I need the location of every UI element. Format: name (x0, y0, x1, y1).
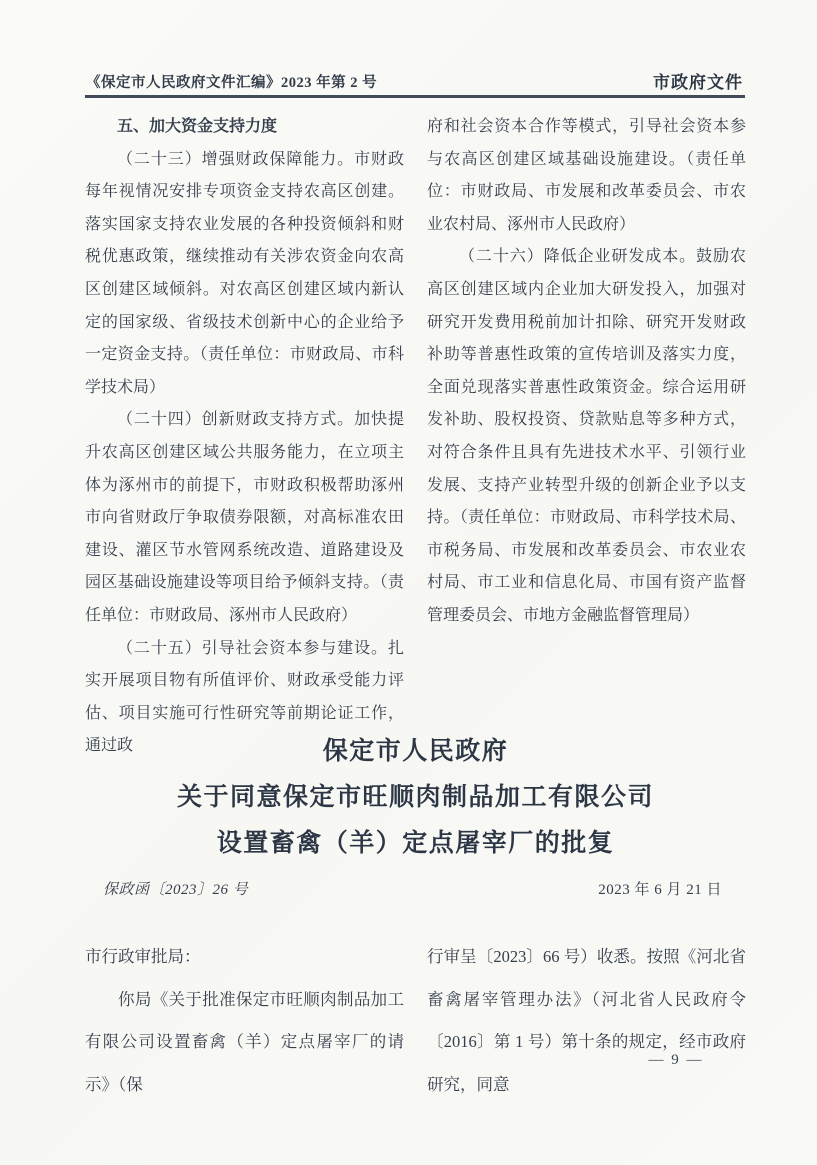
policy-paragraph-25-continued: 府和社会资本合作等模式，引导社会资本参与农高区创建区域基础设施建设。（责任单位：… (427, 111, 746, 241)
header-doc-category: 市政府文件 (653, 68, 743, 93)
policy-article: 五、加大资金支持力度 （二十三）增强财政保障能力。市财政每年视情况安排专项资金支… (85, 111, 746, 763)
scanned-document-page: 《保定市人民政府文件汇编》2023 年第 2 号 市政府文件 五、加大资金支持力… (0, 0, 817, 1165)
approval-left-column: 市行政审批局： 你局《关于批准保定市旺顺肉制品加工有限公司设置畜禽（羊）定点屠宰… (85, 936, 404, 1106)
doc-date: 2023 年 6 月 21 日 (598, 878, 746, 899)
section-heading: 五、加大资金支持力度 (85, 111, 404, 144)
policy-paragraph-23: （二十三）增强财政保障能力。市财政每年视情况安排专项资金支持农高区创建。落实国家… (85, 144, 404, 405)
policy-right-column: 府和社会资本合作等模式，引导社会资本参与农高区创建区域基础设施建设。（责任单位：… (427, 111, 746, 763)
header-rule (85, 95, 745, 98)
approval-meta-row: 保政函〔2023〕26 号 2023 年 6 月 21 日 (85, 878, 746, 899)
approval-salutation: 市行政审批局： (85, 936, 404, 979)
policy-left-column: 五、加大资金支持力度 （二十三）增强财政保障能力。市财政每年视情况安排专项资金支… (85, 111, 404, 763)
approval-title-line-1: 保定市人民政府 (85, 729, 746, 775)
approval-right-column: 行审呈〔2023〕66 号）收悉。按照《河北省畜禽屠宰管理办法》（河北省人民政府… (427, 936, 746, 1106)
doc-number: 保政函〔2023〕26 号 (85, 878, 248, 899)
header-compilation-title: 《保定市人民政府文件汇编》2023 年第 2 号 (86, 71, 377, 92)
approval-title-line-3: 设置畜禽（羊）定点屠宰厂的批复 (85, 821, 746, 867)
policy-paragraph-24: （二十四）创新财政支持方式。加快提升农高区创建区域公共服务能力，在立项主体为涿州… (85, 404, 404, 632)
policy-paragraph-26: （二十六）降低企业研发成本。鼓励农高区创建区域内企业加大研发投入，加强对研究开发… (427, 241, 746, 632)
approval-title: 保定市人民政府 关于同意保定市旺顺肉制品加工有限公司 设置畜禽（羊）定点屠宰厂的… (85, 729, 746, 867)
approval-title-line-2: 关于同意保定市旺顺肉制品加工有限公司 (85, 775, 746, 821)
approval-body: 市行政审批局： 你局《关于批准保定市旺顺肉制品加工有限公司设置畜禽（羊）定点屠宰… (85, 936, 746, 1106)
approval-body-right: 行审呈〔2023〕66 号）收悉。按照《河北省畜禽屠宰管理办法》（河北省人民政府… (427, 936, 746, 1106)
page-number: — 9 — (626, 1052, 726, 1069)
approval-body-left: 你局《关于批准保定市旺顺肉制品加工有限公司设置畜禽（羊）定点屠宰厂的请示》（保 (85, 979, 404, 1107)
